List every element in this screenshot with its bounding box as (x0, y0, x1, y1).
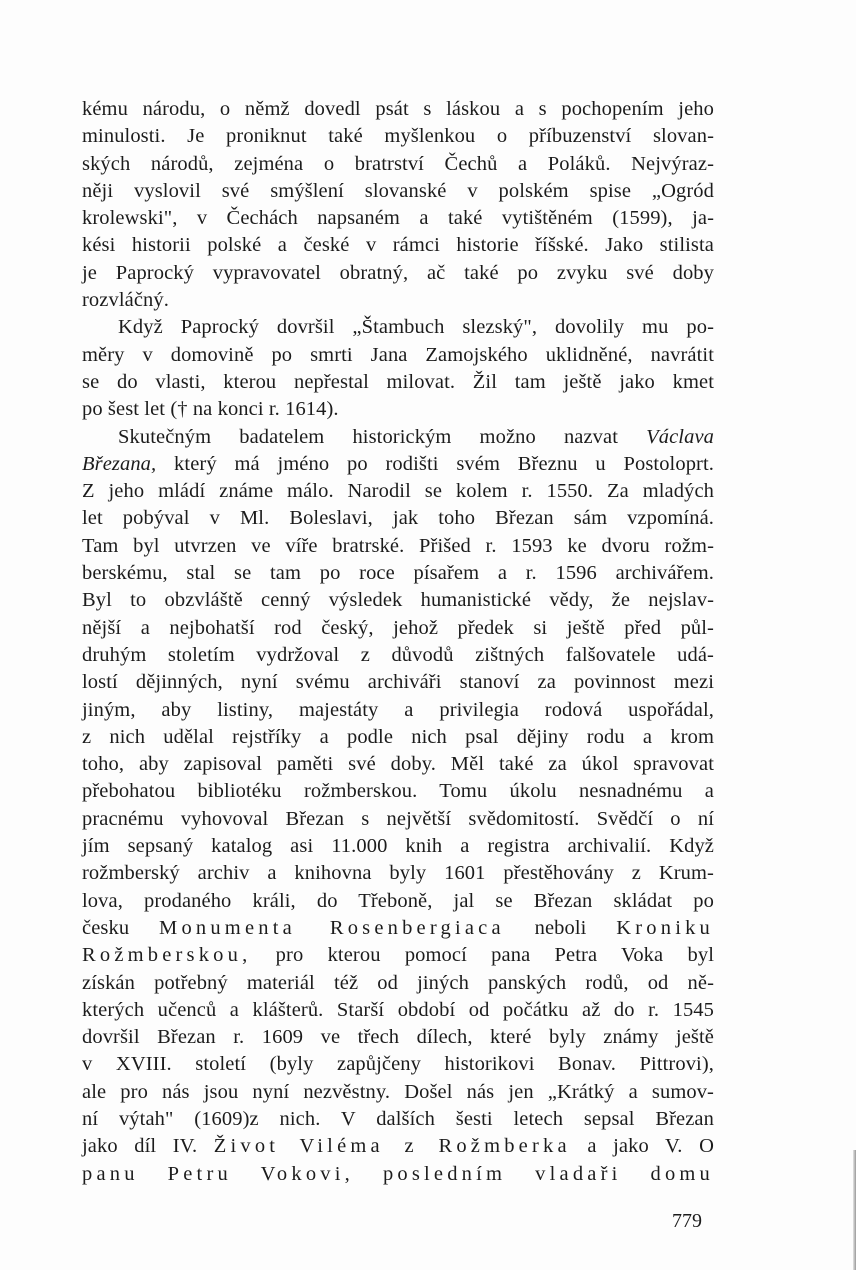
text-line: Tam byl utvrzen ve víře bratrské. Přišed… (82, 533, 714, 560)
spaced-title: Rožmberskou, (82, 944, 251, 966)
text-line: lova, prodaného králi, do Třeboně, jal s… (82, 888, 714, 915)
text-line: rožmberský archiv a knihovna byly 1601 p… (82, 860, 714, 887)
text-line: nější a nejbohatší rod český, jehož před… (82, 615, 714, 642)
text-line: krolewski", v Čechách napsaném a také vy… (82, 205, 714, 232)
page-number: 779 (672, 1210, 702, 1233)
text-line: jako díl IV. Život Viléma z Rožmberka a … (82, 1133, 714, 1160)
text-line: ských národů, zejména o bratrství Čechů … (82, 151, 714, 178)
text-run: jako díl IV. (82, 1135, 214, 1157)
text-line: Když Paprocký dovršil „Štambuch slezský"… (82, 314, 714, 341)
text-run: česku (82, 917, 159, 939)
text-line: Rožmberskou, pro kterou pomocí pana Petr… (82, 942, 714, 969)
text-line: ale pro nás jsou nyní nezvěstny. Došel n… (82, 1079, 714, 1106)
text-line: lostí dějinných, nyní svému archiváři st… (82, 669, 714, 696)
text-line: získán potřebný materiál též od jiných p… (82, 970, 714, 997)
text-line: druhým stoletím vydržoval z důvodů zištn… (82, 642, 714, 669)
text-line: v XVIII. století (byly zapůjčeny histori… (82, 1051, 714, 1078)
text-line: panu Petru Vokovi, posledním vladaři dom… (82, 1161, 714, 1188)
text-line: je Paprocký vypravovatel obratný, ač tak… (82, 260, 714, 287)
text-line: pracnému vyhovoval Březan s největší svě… (82, 806, 714, 833)
text-line: Březana, který má jméno po rodišti svém … (82, 451, 714, 478)
spaced-title: panu Petru Vokovi, posledním vladaři dom… (82, 1163, 714, 1185)
italic-name: Václava (646, 426, 714, 448)
text-line: kému národu, o němž dovedl psát s láskou… (82, 96, 714, 123)
text-line: něji vyslovil své smýšlení slovanské v p… (82, 178, 714, 205)
text-line: let pobýval v Ml. Boleslavi, jak toho Bř… (82, 505, 714, 532)
text-line: kterých učenců a klášterů. Starší období… (82, 997, 714, 1024)
text-line: česku Monumenta Rosenbergiaca neboli Kro… (82, 915, 714, 942)
text-run: který má jméno po rodišti svém Březnu u … (156, 453, 714, 475)
spaced-title: Monumenta Rosenbergiaca (159, 917, 505, 939)
spaced-title: Kroniku (616, 917, 714, 939)
text-line: po šest let († na konci r. 1614). (82, 396, 714, 423)
text-line: z nich udělal rejstříky a podle nich psa… (82, 724, 714, 751)
text-line: jím sepsaný katalog asi 11.000 knih a re… (82, 833, 714, 860)
text-line: jiným, aby listiny, majestáty a privileg… (82, 697, 714, 724)
text-line: Z jeho mládí známe málo. Narodil se kole… (82, 478, 714, 505)
text-line: měry v domovině po smrti Jana Zamojského… (82, 342, 714, 369)
text-run: Skutečným badatelem historickým možno na… (118, 426, 646, 448)
text-line: Byl to obzvláště cenný výsledek humanist… (82, 587, 714, 614)
text-run: a jako V. O (571, 1135, 714, 1157)
book-page: kému národu, o němž dovedl psát s láskou… (0, 0, 856, 1270)
text-run: neboli (505, 917, 617, 939)
text-line: kési historii polské a české v rámci his… (82, 232, 714, 259)
page-body-text: kému národu, o němž dovedl psát s láskou… (82, 96, 714, 1188)
italic-name: Březana, (82, 453, 156, 475)
text-line: berskému, stal se tam po roce písařem a … (82, 560, 714, 587)
text-line: se do vlasti, kterou nepřestal milovat. … (82, 369, 714, 396)
text-line: ní výtah" (1609)z nich. V dalších šesti … (82, 1106, 714, 1133)
spaced-title: Život Viléma z Rožmberka (214, 1135, 571, 1157)
text-line: dovršil Březan r. 1609 ve třech dílech, … (82, 1024, 714, 1051)
text-line: toho, aby zapisoval paměti své doby. Měl… (82, 751, 714, 778)
text-line: rozvláčný. (82, 287, 714, 314)
text-line: Skutečným badatelem historickým možno na… (82, 424, 714, 451)
text-run: pro kterou pomocí pana Petra Voka byl (251, 944, 714, 966)
text-line: minulosti. Je proniknut také myšlenkou o… (82, 123, 714, 150)
text-line: přebohatou bibliotéku rožmberskou. Tomu … (82, 778, 714, 805)
